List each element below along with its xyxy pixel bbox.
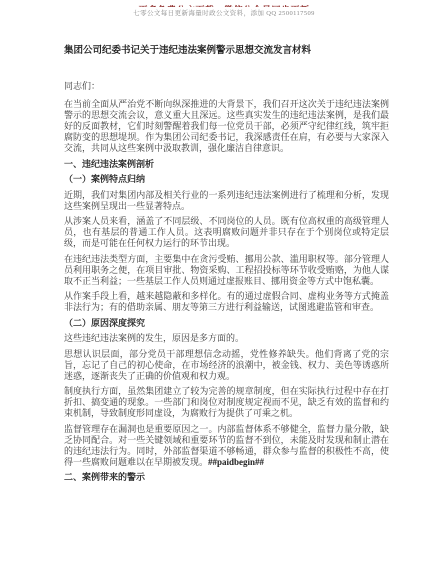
paragraph: 在当前全面从严治党不断向纵深推进的大背景下，我们召开这次关于违纪违法案例警示的思…: [64, 99, 389, 154]
document-body: 集团公司纪委书记关于违纪违法案例警示思想交流发言材料 同志们： 在当前全面从严治…: [0, 45, 448, 483]
subsection-heading: （二）原因深度探究: [64, 318, 389, 329]
salutation: 同志们：: [64, 81, 389, 92]
paragraph: 监督管理存在漏洞也是重要原因之一。内部监督体系不够健全，监督力量分散，缺乏协同配…: [64, 424, 389, 468]
section-heading: 一、违纪违法案例剖析: [64, 159, 389, 170]
paragraph: 制度执行方面，虽然集团建立了较为完善的规章制度，但在实际执行过程中存在打折扣、搞…: [64, 386, 389, 419]
promo-banner-top: 更多免费公文下载，微信公众号同步更新: [0, 0, 448, 7]
paragraph: 这些违纪违法案例的发生，原因是多方面的。: [64, 333, 389, 344]
promo-line-1: 更多免费公文下载，微信公众号同步更新: [138, 5, 309, 7]
paragraph: 近期，我们对集团内部及相关行业的一系列违纪违法案例进行了梳理和分析，发现这些案例…: [64, 190, 389, 212]
content-blocks: 在当前全面从严治党不断向纵深推进的大背景下，我们召开这次关于违纪违法案例警示的思…: [64, 99, 389, 483]
subsection-heading: （一）案例特点归纳: [64, 174, 389, 185]
paid-marker: ##paidbegin##: [208, 457, 264, 467]
paragraph: 思想认识层面，部分党员干部理想信念动摇，党性修养缺失。他们背离了党的宗旨，忘记了…: [64, 349, 389, 382]
document-title: 集团公司纪委书记关于违纪违法案例警示思想交流发言材料: [64, 45, 389, 57]
promo-line-2: 七零公文每日更新海量时政公文资料，添加 QQ 2500117509: [0, 10, 448, 18]
section-heading: 二、案例带来的警示: [64, 472, 389, 483]
paragraph: 在违纪违法类型方面，主要集中在贪污受贿、挪用公款、滥用职权等。部分管理人员利用职…: [64, 254, 389, 287]
paragraph: 从作案手段上看，越来越隐蔽和多样化。有的通过虚假合同、虚构业务等方式掩盖非法行为…: [64, 291, 389, 313]
paragraph: 从涉案人员来看，涵盖了不同层级、不同岗位的人员。既有位高权重的高级管理人员，也有…: [64, 216, 389, 249]
document-page: 更多免费公文下载，微信公众号同步更新 七零公文每日更新海量时政公文资料，添加 Q…: [0, 0, 448, 580]
